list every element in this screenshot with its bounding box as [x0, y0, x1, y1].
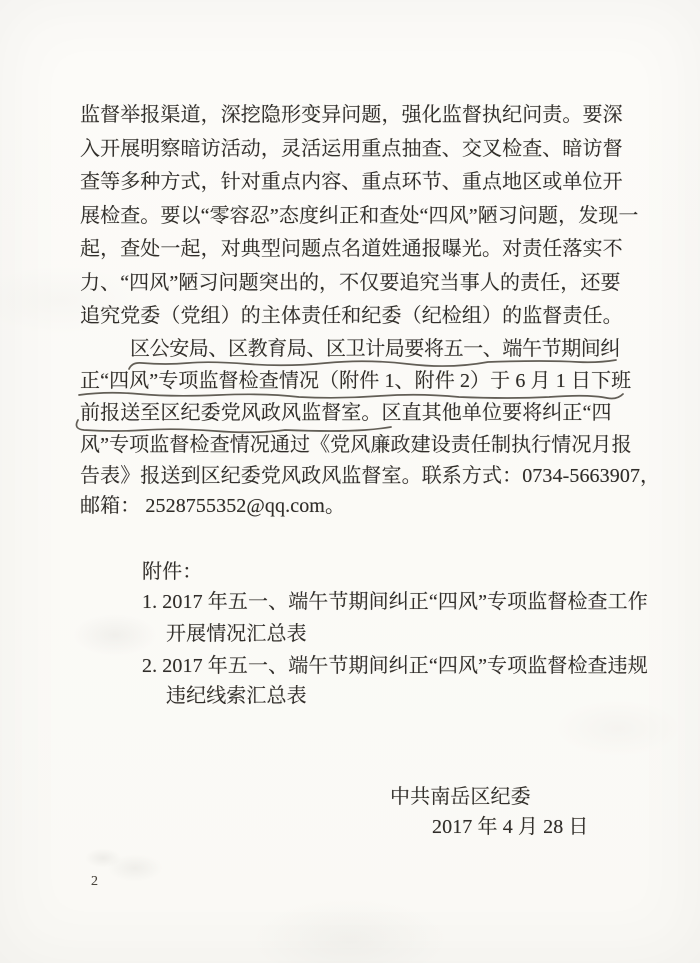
body-line-p2-4: 风”专项监督检查情况通过《党风廉政建设责任制执行情况月报: [80, 433, 632, 457]
body-line-p1-2: 入开展明察暗访活动，灵活运用重点抽查、交叉检查、暗访督: [80, 137, 623, 161]
body-line-p1-5: 起，查处一起，对典型问题点名道姓通报曝光。对责任落实不: [80, 237, 623, 261]
scanned-page: 监督举报渠道，深挖隐形变异问题，强化监督执纪问责。要深 入开展明察暗访活动，灵活…: [0, 0, 700, 963]
body-line-p2-3: 前报送至区纪委党风政风监督室。区直其他单位要将纠正“四: [80, 401, 612, 425]
body-line-p1-4: 展检查。要以“零容忍”态度纠正和查处“四风”陋习问题，发现一: [80, 204, 639, 228]
body-line-p1-3: 查等多种方式，针对重点内容、重点环节、重点地区或单位开: [80, 170, 623, 194]
page-number: 2: [91, 874, 98, 890]
attachment-item-2-line-1: 2. 2017 年五一、端午节期间纠正“四风”专项监督检查违规: [142, 654, 648, 678]
attachment-item-2-line-2: 违纪线索汇总表: [166, 684, 307, 708]
body-line-p1-6: 力、“四风”陋习问题突出的，不仅要追究当事人的责任，还要: [80, 271, 621, 295]
body-line-p1-1: 监督举报渠道，深挖隐形变异问题，强化监督执纪问责。要深: [80, 103, 623, 127]
body-line-p2-1: 区公安局、区教育局、区卫计局要将五一、端午节期间纠: [130, 337, 620, 361]
body-line-p2-6: 邮箱： 2528755352@qq.com。: [80, 494, 345, 518]
signature-date: 2017 年 4 月 28 日: [432, 815, 589, 839]
signature-org: 中共南岳区纪委: [390, 785, 531, 809]
body-line-p2-2: 正“四风”专项监督检查情况（附件 1、附件 2）于 6 月 1 日下班: [80, 369, 631, 393]
attachments-label: 附件：: [142, 560, 202, 584]
body-line-p1-7: 追究党委（党组）的主体责任和纪委（纪检组）的监督责任。: [80, 304, 623, 328]
attachment-item-1-line-1: 1. 2017 年五一、端午节期间纠正“四风”专项监督检查工作: [142, 590, 648, 614]
body-line-p2-5: 告表》报送到区纪委党风政风监督室。联系方式：0734-5663907，: [80, 464, 660, 488]
attachment-item-1-line-2: 开展情况汇总表: [166, 622, 307, 646]
